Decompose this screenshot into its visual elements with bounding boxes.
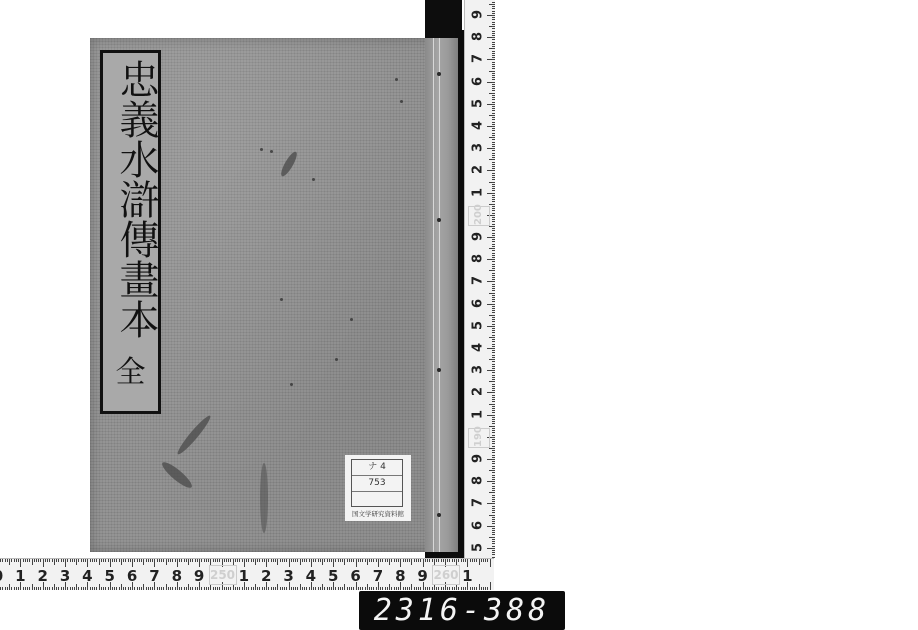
ruler-tick <box>407 587 408 590</box>
ruler-tick <box>492 532 495 533</box>
ruler-tick <box>300 559 301 565</box>
ruler-tick <box>396 587 397 590</box>
ruler-tick <box>463 559 464 562</box>
ruler-tick <box>275 559 276 562</box>
ruler-label: 260 <box>432 565 460 585</box>
ruler-tick <box>489 293 495 294</box>
ruler-tick <box>492 266 495 267</box>
ruler-tick <box>489 381 495 382</box>
ruler-tick <box>273 559 274 562</box>
ruler-tick <box>492 495 495 496</box>
ruler-tick <box>382 559 383 562</box>
ruler-tick <box>492 195 495 196</box>
ruler-tick <box>492 534 495 535</box>
ruler-label: 2 <box>36 567 50 585</box>
ruler-tick <box>492 8 495 9</box>
speck <box>280 298 283 301</box>
ruler-tick <box>166 584 167 590</box>
ruler-tick <box>295 559 296 562</box>
ruler-tick <box>492 55 495 56</box>
ruler-tick <box>318 559 319 562</box>
ruler-tick <box>54 584 55 590</box>
ruler-tick <box>226 587 227 590</box>
ruler-tick <box>344 584 345 590</box>
ruler-tick <box>313 587 314 590</box>
ruler-label: 250 <box>209 565 237 585</box>
ruler-tick <box>277 559 278 565</box>
ruler-tick <box>56 559 57 562</box>
ruler-tick <box>427 559 428 562</box>
ruler-tick <box>179 559 180 562</box>
ruler-tick <box>18 559 19 562</box>
ruler-tick <box>492 13 495 14</box>
ruler-tick <box>282 559 283 562</box>
ruler-tick <box>492 528 495 529</box>
ruler-label: 8 <box>170 567 184 585</box>
ruler-tick <box>284 559 285 562</box>
ruler-tick <box>159 559 160 562</box>
ruler-tick <box>492 201 495 202</box>
ruler-tick <box>492 106 495 107</box>
ruler-tick <box>492 461 495 462</box>
ruler-tick <box>485 559 486 562</box>
ruler-tick <box>492 146 495 147</box>
ruler-tick <box>489 515 495 516</box>
ruler-tick <box>119 559 120 562</box>
ruler-tick <box>489 537 495 538</box>
ruler-tick <box>492 419 495 420</box>
ruler-tick <box>349 559 350 562</box>
ruler-tick <box>492 521 495 522</box>
ruler-tick <box>492 428 495 429</box>
ruler-tick <box>492 550 495 551</box>
ruler-tick <box>470 559 471 562</box>
ruler-tick <box>161 559 162 562</box>
ruler-tick <box>96 559 97 562</box>
ruler-tick <box>492 24 495 25</box>
ruler-label: 9 <box>471 451 486 467</box>
ruler-tick <box>134 559 135 562</box>
ruler-tick <box>492 463 495 464</box>
ruler-tick <box>492 224 495 225</box>
label-row-classification: ナ 4 <box>352 460 402 476</box>
ruler-tick <box>389 559 390 565</box>
ruler-tick <box>166 559 167 565</box>
ruler-tick <box>318 587 319 590</box>
ruler-tick <box>371 587 372 590</box>
ruler-tick <box>492 90 495 91</box>
ruler-tick <box>492 175 495 176</box>
ruler-tick <box>378 559 379 567</box>
ruler-tick <box>487 126 495 127</box>
ruler-tick <box>492 330 495 331</box>
ruler-tick <box>139 559 140 562</box>
ruler-tick <box>470 587 471 590</box>
ruler-tick <box>467 559 468 567</box>
ruler-tick <box>492 397 495 398</box>
ruler-tick <box>181 559 182 562</box>
ruler-label: 9 <box>471 229 486 245</box>
ruler-tick <box>492 135 495 136</box>
ruler-tick <box>398 587 399 590</box>
ruler-tick <box>487 459 495 460</box>
ruler-tick <box>152 559 153 562</box>
ruler-tick <box>150 559 151 562</box>
ruler-tick <box>492 512 495 513</box>
ruler-tick <box>309 587 310 590</box>
ruler-tick <box>492 477 495 478</box>
ruler-label: 5 <box>103 567 117 585</box>
ruler-tick <box>487 526 495 527</box>
ruler-tick <box>168 559 169 562</box>
ruler-tick <box>313 559 314 562</box>
ruler-label: 4 <box>80 567 94 585</box>
ruler-tick <box>342 559 343 562</box>
ruler-tick <box>242 587 243 590</box>
ruler-tick <box>474 559 475 562</box>
ruler-tick <box>291 587 292 590</box>
ruler-tick <box>492 95 495 96</box>
ruler-tick <box>0 559 1 562</box>
ruler-tick <box>9 559 10 565</box>
ruler-tick <box>195 587 196 590</box>
ruler-tick <box>63 587 64 590</box>
ruler-tick <box>217 587 218 590</box>
ruler-tick <box>360 587 361 590</box>
ruler-tick <box>103 559 104 562</box>
ruler-tick <box>492 153 495 154</box>
ruler-tick <box>487 82 495 83</box>
ruler-tick <box>130 559 131 562</box>
ruler-tick <box>215 559 216 562</box>
stitch-hole <box>437 218 441 222</box>
ruler-tick <box>148 587 149 590</box>
ruler-tick <box>99 559 100 565</box>
ruler-label: 6 <box>125 567 139 585</box>
ruler-tick <box>427 587 428 590</box>
ruler-tick <box>492 113 495 114</box>
ruler-tick <box>172 559 173 562</box>
ruler-tick <box>58 559 59 562</box>
ruler-tick <box>492 119 495 120</box>
ruler-tick <box>492 84 495 85</box>
ruler-tick <box>367 584 368 590</box>
ruler-tick <box>11 559 12 562</box>
ruler-tick <box>492 328 495 329</box>
ruler-label: 1 <box>13 567 27 585</box>
ruler-tick <box>112 587 113 590</box>
ruler-tick <box>7 587 8 590</box>
ruler-tick <box>94 559 95 562</box>
ruler-tick <box>492 284 495 285</box>
ruler-label: 8 <box>471 251 486 267</box>
ruler-tick <box>407 559 408 562</box>
ruler-tick <box>492 421 495 422</box>
ruler-tick <box>492 241 495 242</box>
ruler-tick <box>472 559 473 562</box>
ruler-tick <box>353 559 354 562</box>
ruler-tick <box>67 559 68 562</box>
ruler-tick <box>487 148 495 149</box>
ruler-tick <box>492 450 495 451</box>
ruler-tick <box>369 559 370 562</box>
ruler-tick <box>362 559 363 562</box>
ruler-tick <box>335 587 336 590</box>
ruler-tick <box>492 235 495 236</box>
ruler-tick <box>67 587 68 590</box>
ruler-tick <box>492 155 495 156</box>
ruler-tick <box>108 587 109 590</box>
ruler-tick <box>201 587 202 590</box>
ruler-tick <box>474 587 475 590</box>
ruler-tick <box>65 559 66 567</box>
ruler-tick <box>159 587 160 590</box>
ruler-tick <box>235 559 236 562</box>
ruler-tick <box>199 559 200 567</box>
ruler-tick <box>382 587 383 590</box>
ruler-tick <box>304 587 305 590</box>
ruler-tick <box>490 582 491 590</box>
ruler-tick <box>197 587 198 590</box>
ruler-tick <box>492 217 495 218</box>
ruler-tick <box>492 2 495 3</box>
ruler-tick <box>492 73 495 74</box>
ruler-tick <box>492 295 495 296</box>
ruler-tick <box>387 587 388 590</box>
ruler-tick <box>465 559 466 562</box>
ruler-label: 0 <box>0 567 5 585</box>
ruler-tick <box>125 587 126 590</box>
ruler-tick <box>224 587 225 590</box>
ruler-tick <box>489 448 495 449</box>
ruler-tick <box>492 479 495 480</box>
ruler-label: 5 <box>471 539 486 555</box>
ruler-tick <box>487 326 495 327</box>
ruler-tick <box>487 392 495 393</box>
ruler-tick <box>458 559 459 562</box>
ruler-tick <box>492 455 495 456</box>
ruler-tick <box>487 481 495 482</box>
ruler-tick <box>458 587 459 590</box>
ruler-tick <box>492 208 495 209</box>
ruler-tick <box>489 93 495 94</box>
speck <box>350 318 353 321</box>
ruler-tick <box>492 33 495 34</box>
ruler-label: 1 <box>237 567 251 585</box>
ruler-tick <box>172 587 173 590</box>
ruler-tick <box>492 130 495 131</box>
ruler-tick <box>476 587 477 590</box>
ruler-tick <box>25 587 26 590</box>
ruler-tick <box>479 584 480 590</box>
ruler-tick <box>257 587 258 590</box>
ruler-tick <box>411 559 412 565</box>
ruler-tick <box>492 388 495 389</box>
label-row-number: 753 <box>352 476 402 492</box>
ruler-tick <box>306 559 307 562</box>
ruler-tick <box>128 559 129 562</box>
ruler-tick <box>72 559 73 562</box>
ruler-tick <box>489 204 495 205</box>
ruler-tick <box>429 559 430 562</box>
ruler-label: 9 <box>416 567 430 585</box>
ruler-tick <box>168 587 169 590</box>
ruler-label: 7 <box>371 567 385 585</box>
ruler-tick <box>54 559 55 565</box>
ruler-tick <box>492 197 495 198</box>
ruler-tick <box>414 587 415 590</box>
ruler-tick <box>257 559 258 562</box>
ruler-tick <box>114 587 115 590</box>
ruler-tick <box>492 332 495 333</box>
ruler-label: 5 <box>471 317 486 333</box>
ruler-tick <box>492 390 495 391</box>
ruler-tick <box>206 587 207 590</box>
ruler-tick <box>492 350 495 351</box>
ruler-tick <box>492 117 495 118</box>
ruler-tick <box>239 559 240 562</box>
ruler-tick <box>492 286 495 287</box>
ruler-tick <box>128 587 129 590</box>
ruler-tick <box>25 559 26 562</box>
ruler-tick <box>492 53 495 54</box>
ruler-tick <box>492 441 495 442</box>
ruler-tick <box>487 587 488 590</box>
ruler-tick <box>489 337 495 338</box>
ruler-tick <box>262 559 263 562</box>
ruler-tick <box>23 587 24 590</box>
ruler-tick <box>489 226 495 227</box>
speck <box>312 178 315 181</box>
ruler-tick <box>489 48 495 49</box>
ruler-tick <box>264 559 265 562</box>
ruler-tick <box>443 587 444 590</box>
ruler-tick <box>365 559 366 562</box>
ruler-tick <box>492 42 495 43</box>
ruler-tick <box>405 587 406 590</box>
ruler-tick <box>152 587 153 590</box>
ruler-tick <box>186 559 187 562</box>
ruler-tick <box>45 559 46 562</box>
ruler-tick <box>492 124 495 125</box>
ruler-tick <box>492 31 495 32</box>
ruler-tick <box>492 173 495 174</box>
ruler-tick <box>492 417 495 418</box>
ruler-tick <box>485 587 486 590</box>
ruler-tick <box>20 559 21 567</box>
ruler-tick <box>489 404 495 405</box>
ruler-tick <box>492 510 495 511</box>
ruler-tick <box>90 587 91 590</box>
ruler-tick <box>175 559 176 562</box>
ruler-label: 8 <box>471 473 486 489</box>
ruler-tick <box>36 559 37 562</box>
ruler-tick <box>492 268 495 269</box>
ruler-tick <box>353 587 354 590</box>
ruler-tick <box>373 587 374 590</box>
ruler-tick <box>492 64 495 65</box>
ruler-label: 6 <box>471 517 486 533</box>
ink-stain <box>175 413 213 456</box>
ruler-tick <box>224 559 225 562</box>
ruler-label: 7 <box>147 567 161 585</box>
ruler-tick <box>286 587 287 590</box>
ruler-tick <box>487 237 495 238</box>
ruler-tick <box>492 257 495 258</box>
ruler-tick <box>83 587 84 590</box>
ruler-tick <box>206 559 207 562</box>
ruler-tick <box>259 587 260 590</box>
ruler-tick <box>425 559 426 562</box>
ruler-tick <box>253 587 254 590</box>
ruler-tick <box>119 587 120 590</box>
ruler-tick <box>137 559 138 562</box>
ruler-tick <box>492 233 495 234</box>
ruler-tick <box>268 587 269 590</box>
ruler-tick <box>492 46 495 47</box>
ruler-tick <box>112 559 113 562</box>
ruler-tick <box>163 587 164 590</box>
ruler-tick <box>201 559 202 562</box>
ruler-label: 6 <box>471 295 486 311</box>
ruler-tick <box>487 37 495 38</box>
ruler-label: 1 <box>471 406 486 422</box>
ruler-tick <box>492 142 495 143</box>
ruler-tick <box>228 559 229 562</box>
ruler-tick <box>157 559 158 562</box>
ruler-tick <box>492 164 495 165</box>
ruler-label: 2 <box>471 162 486 178</box>
ruler-tick <box>492 239 495 240</box>
ruler-tick <box>492 361 495 362</box>
ruler-tick <box>29 559 30 562</box>
ruler-tick <box>90 559 91 562</box>
ruler-tick <box>217 559 218 562</box>
ruler-tick <box>114 559 115 562</box>
ruler-tick <box>489 182 495 183</box>
ruler-tick <box>487 170 495 171</box>
ruler-tick <box>489 137 495 138</box>
ruler-tick <box>27 559 28 562</box>
ruler-tick <box>331 559 332 562</box>
ruler-tick <box>275 587 276 590</box>
ruler-label: 7 <box>471 51 486 67</box>
ruler-tick <box>143 584 144 590</box>
ruler-tick <box>394 559 395 562</box>
ruler-tick <box>150 587 151 590</box>
ruler-tick <box>492 452 495 453</box>
ruler-tick <box>454 587 455 590</box>
ruler-tick <box>170 559 171 562</box>
ruler-tick <box>103 587 104 590</box>
ruler-tick <box>40 587 41 590</box>
ruler-label: 3 <box>58 567 72 585</box>
ruler-tick <box>244 559 245 567</box>
ruler-tick <box>492 66 495 67</box>
ruler-tick <box>492 273 495 274</box>
ruler-tick <box>322 584 323 590</box>
ruler-tick <box>472 587 473 590</box>
ruler-tick <box>49 559 50 562</box>
ruler-tick <box>146 587 147 590</box>
ruler-tick <box>461 559 462 562</box>
ruler-tick <box>492 352 495 353</box>
library-institution: 国文学研究資料館 <box>347 509 409 518</box>
ruler-tick <box>492 554 495 555</box>
label-row-blank <box>352 492 402 508</box>
speck <box>260 148 263 151</box>
ruler-tick <box>197 559 198 562</box>
